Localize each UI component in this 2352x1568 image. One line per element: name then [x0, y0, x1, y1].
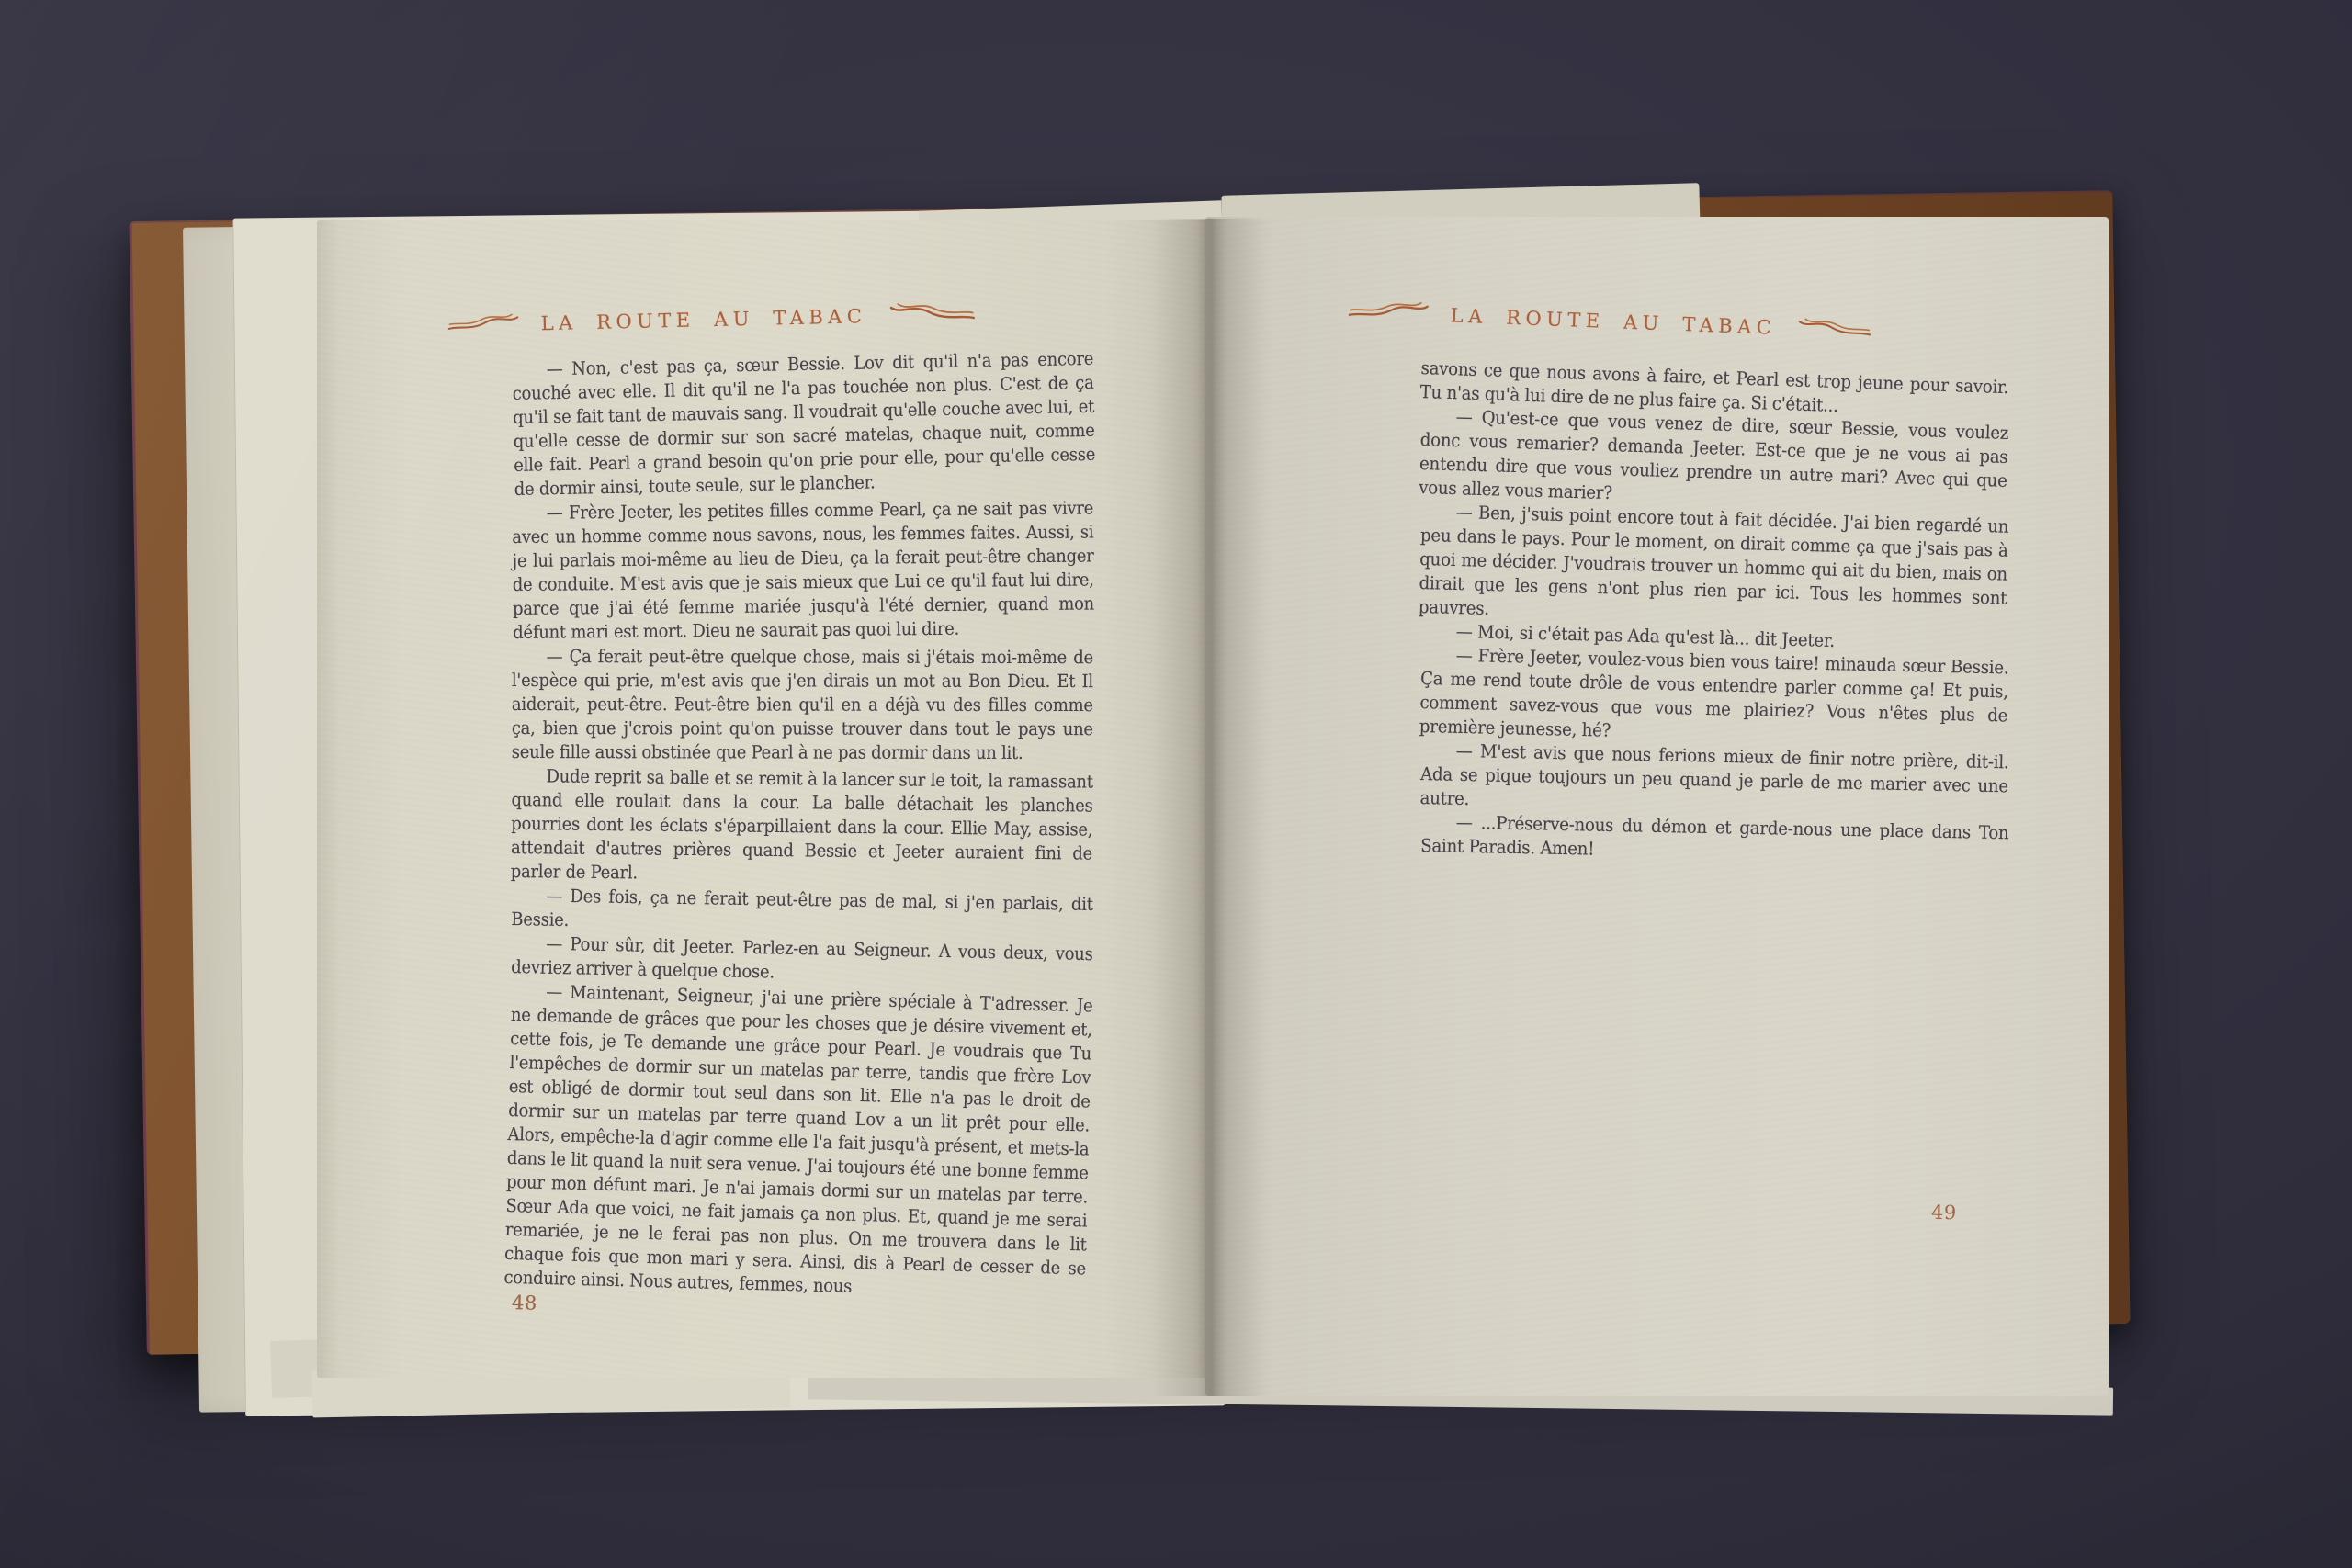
- left-running-header: LA ROUTE AU TABAC: [409, 299, 1016, 342]
- paragraph: — Ça ferait peut-être quelque chose, mai…: [512, 645, 1093, 765]
- paragraph: — Non, c'est pas ça, sœur Bessie. Lov di…: [512, 347, 1096, 502]
- paragraph: — Ben, j'suis point encore tout à fait d…: [1419, 500, 2009, 635]
- swash-flourish-icon: [1347, 297, 1429, 328]
- right-page-text: savons ce que nous avons à faire, et Pea…: [1421, 356, 2053, 858]
- left-page-content: LA ROUTE AU TABAC — Non, c'est pas ça, s…: [317, 220, 1210, 1378]
- paragraph: — Des fois, ça ne ferait peut-être pas d…: [511, 884, 1093, 941]
- paragraph: — Frère Jeeter, les petites filles comme…: [512, 496, 1094, 645]
- running-title: LA ROUTE AU TABAC: [540, 305, 866, 334]
- swash-flourish-icon: [1798, 314, 1872, 344]
- paragraph: — ...Préserve-nous du démon et garde-nou…: [1420, 810, 2009, 869]
- paragraph: — Maintenant, Seigneur, j'ai une prière …: [503, 979, 1093, 1304]
- right-page-content: LA ROUTE AU TABAC savons ce que nous avo…: [1205, 217, 2109, 1396]
- left-page-text: — Non, c'est pas ça, sœur Bessie. Lov di…: [512, 358, 1144, 1323]
- paragraph: — Qu'est-ce que vous venez de dire, sœur…: [1419, 404, 2009, 517]
- paragraph: — Frère Jeeter, voulez-vous bien vous ta…: [1419, 643, 2009, 751]
- running-title: LA ROUTE AU TABAC: [1450, 304, 1776, 339]
- paragraph: Dude reprit sa balle et se remit à la la…: [511, 764, 1093, 890]
- right-running-header: LA ROUTE AU TABAC: [1343, 297, 1877, 345]
- photo-stage: LA ROUTE AU TABAC — Non, c'est pas ça, s…: [0, 0, 2352, 1568]
- swash-flourish-icon: [888, 299, 978, 330]
- page-number: 49: [1931, 1201, 1957, 1224]
- paragraph: — M'est avis que nous ferions mieux de f…: [1419, 739, 2008, 822]
- swash-flourish-icon: [447, 310, 519, 340]
